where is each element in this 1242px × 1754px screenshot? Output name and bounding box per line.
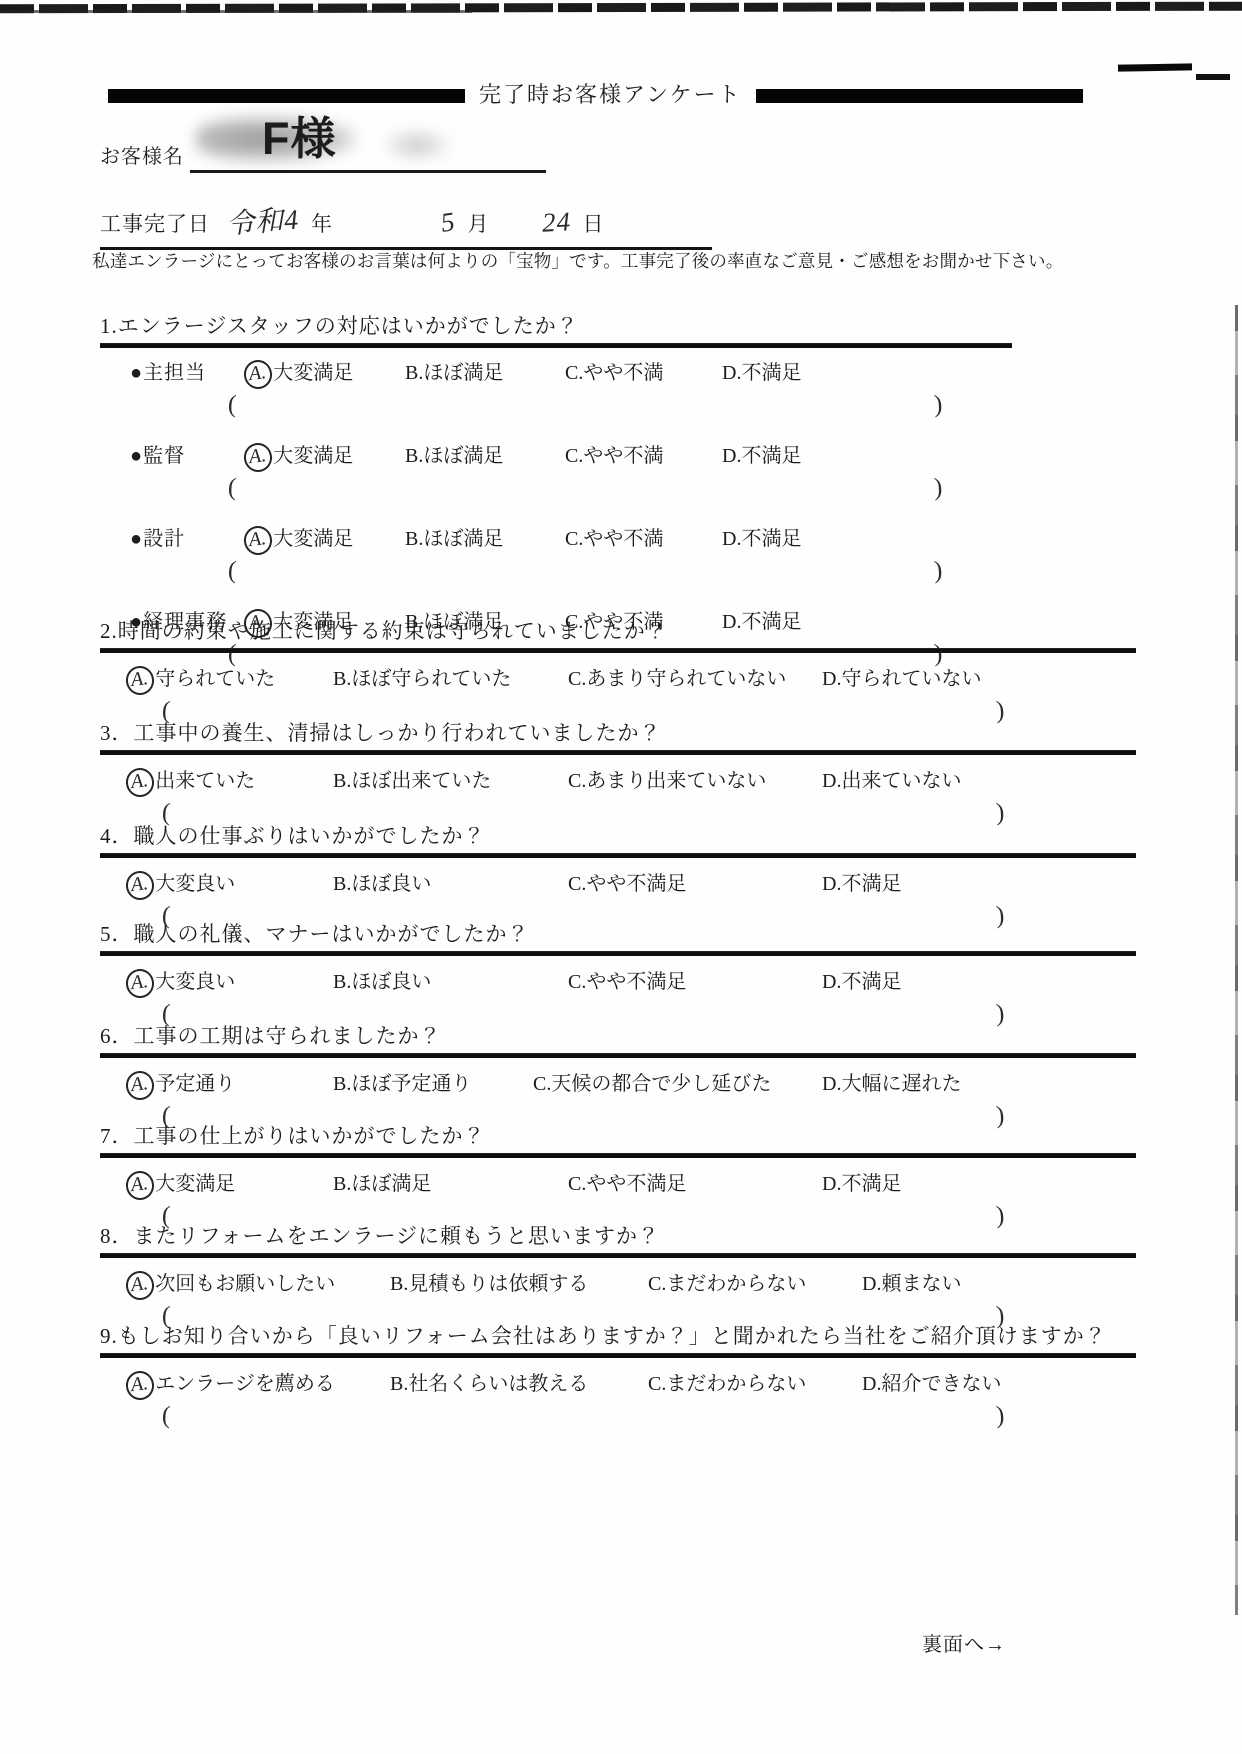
option-letter: C. — [568, 873, 586, 895]
option-letter: C. — [568, 770, 586, 792]
option-text: 予定通り — [155, 1073, 235, 1095]
options-row: A.次回もお願いしたい B.見積もりは依頼する C.まだわからない D.頼まない — [130, 1267, 1160, 1300]
comment-paren-close: ) — [933, 391, 943, 419]
options-row: A.大変良い B.ほぼ良い C.やや不満足 D.不満足 — [130, 965, 1160, 998]
option-d: D.頼まない — [862, 1267, 1160, 1296]
option-b: B.ほぼ満足 — [333, 1167, 568, 1196]
option-c: C.まだわからない — [648, 1267, 862, 1296]
selected-answer-circle: A. — [124, 1169, 156, 1201]
option-a: A.次回もお願いしたい — [130, 1267, 390, 1300]
option-a: A.大変良い — [130, 867, 333, 900]
option-text: 大変満足 — [273, 528, 353, 550]
option-text: 不満足 — [741, 445, 801, 467]
option-text: やや不満足 — [586, 873, 686, 895]
question-7-title: 7．工事の仕上がりはいかがでしたか？ — [100, 1120, 1136, 1154]
option-b: B.ほぼ予定通り — [333, 1067, 533, 1096]
option-d: D.不満足 — [822, 867, 1160, 896]
options-row: A.予定通り B.ほぼ予定通り C.天候の都合で少し延びた D.大幅に遅れた — [130, 1067, 1160, 1100]
option-text: 不満足 — [841, 971, 901, 993]
customer-name-value: F様 — [262, 102, 337, 167]
question-5-title: 5．職人の礼儀、マナーはいかがでしたか？ — [100, 918, 1136, 952]
options-row: ●設計 A.大変満足 B.ほぼ満足 C.やや不満 D.不満足 — [130, 522, 1160, 555]
option-letter: B. — [333, 873, 351, 895]
comment-line: ( ) — [100, 472, 1160, 510]
month-suffix: 月 — [468, 208, 490, 238]
option-letter: C. — [565, 362, 583, 384]
selected-answer-circle: A. — [124, 1369, 156, 1401]
option-a: A.大変満足 — [130, 1167, 333, 1200]
option-letter: D. — [822, 770, 841, 792]
option-text: やや不満 — [583, 445, 663, 467]
option-text: 次回もお願いしたい — [155, 1273, 335, 1295]
option-d: D.不満足 — [722, 356, 1160, 385]
comment-paren-open: ( — [227, 557, 237, 585]
option-text: 不満足 — [741, 362, 801, 384]
option-letter: D. — [822, 1073, 841, 1095]
option-text: やや不満足 — [586, 1173, 686, 1195]
option-b: B.ほぼ満足 — [405, 439, 565, 468]
option-letter: B. — [405, 528, 423, 550]
option-letter: C. — [648, 1273, 666, 1295]
option-text: やや不満 — [583, 528, 663, 550]
question-1-row-design: ●設計 A.大変満足 B.ほぼ満足 C.やや不満 D.不満足 ( ) — [100, 522, 1160, 593]
option-letter: C. — [565, 528, 583, 550]
option-letter: C. — [568, 1173, 586, 1195]
option-letter: D. — [822, 873, 841, 895]
row-label: ●主担当 — [130, 356, 248, 385]
option-a: A.守られていた — [130, 662, 333, 695]
question-2: 2.時間の約束や施工に関する約束は守られていましたか？ A.守られていた B.ほ… — [100, 615, 1160, 733]
option-text: ほぼ守られていた — [351, 668, 511, 690]
comment-paren-close: ) — [995, 1402, 1005, 1430]
option-b: B.ほぼ満足 — [405, 522, 565, 551]
form-title: 完了時お客様アンケート — [465, 78, 756, 109]
option-a: A.予定通り — [130, 1067, 333, 1100]
option-d: D.不満足 — [722, 439, 1160, 468]
options-row: A.守られていた B.ほぼ守られていた C.あまり守られていない D.守られてい… — [130, 662, 1160, 695]
option-text: 見積もりは依頼する — [408, 1273, 588, 1295]
row-label: ●設計 — [130, 522, 248, 551]
customer-name-underline — [190, 170, 546, 173]
selected-answer-circle: A. — [124, 664, 156, 696]
option-letter: D. — [822, 1173, 841, 1195]
comment-paren-open: ( — [227, 474, 237, 502]
options-row: A.大変満足 B.ほぼ満足 C.やや不満足 D.不満足 — [130, 1167, 1160, 1200]
option-a: A.大変満足 — [248, 522, 405, 555]
option-text: 天候の都合で少し延びた — [551, 1073, 771, 1095]
selected-answer-circle: A. — [124, 967, 156, 999]
comment-line: ( ) — [100, 389, 1160, 427]
option-text: 不満足 — [841, 1173, 901, 1195]
comment-paren-open: ( — [161, 1402, 171, 1430]
back-page-note: 裏面へ→ — [922, 1628, 1006, 1657]
option-c: C.やや不満足 — [568, 867, 822, 896]
option-letter: D. — [722, 528, 741, 550]
year-suffix: 年 — [311, 208, 333, 238]
option-b: B.見積もりは依頼する — [390, 1267, 648, 1296]
options-row: A.エンラージを薦める B.社名くらいは教える C.まだわからない D.紹介でき… — [130, 1367, 1160, 1400]
option-letter: D. — [862, 1273, 881, 1295]
option-letter: C. — [568, 668, 586, 690]
option-a: A.大変満足 — [248, 356, 405, 389]
handwritten-era-year: 令和4 — [225, 198, 301, 243]
option-text: ほぼ予定通り — [351, 1073, 471, 1095]
option-text: やや不満足 — [586, 971, 686, 993]
option-letter: C. — [648, 1373, 666, 1395]
question-4-title: 4．職人の仕事ぶりはいかがでしたか？ — [100, 820, 1136, 854]
option-letter: B. — [390, 1273, 408, 1295]
redacted-name-blur — [382, 128, 452, 162]
option-c: C.天候の都合で少し延びた — [533, 1067, 822, 1096]
option-text: 守られていない — [841, 668, 981, 690]
comment-paren-close: ) — [933, 474, 943, 502]
question-1-title: 1.エンラージスタッフの対応はいかがでしたか？ — [100, 310, 1012, 344]
customer-name-label: お客様名 — [100, 140, 184, 169]
completion-date-label: 工事完了日 — [100, 208, 210, 238]
row-label: ●監督 — [130, 439, 248, 468]
option-d: D.大幅に遅れた — [822, 1067, 1160, 1096]
scan-artifact-mark — [1196, 74, 1230, 80]
scan-artifact-mark — [1118, 63, 1192, 71]
option-b: B.社名くらいは教える — [390, 1367, 648, 1396]
question-6-title: 6．工事の工期は守られましたか？ — [100, 1020, 1136, 1054]
handwritten-day: 24 — [541, 206, 572, 238]
option-c: C.やや不満 — [565, 356, 722, 385]
option-b: B.ほぼ良い — [333, 965, 568, 994]
option-text: 大変満足 — [273, 445, 353, 467]
option-text: ほぼ満足 — [351, 1173, 431, 1195]
option-text: ほぼ満足 — [423, 362, 503, 384]
option-d: D.不満足 — [822, 1167, 1160, 1196]
option-text: 社名くらいは教える — [408, 1373, 588, 1395]
option-text: 大幅に遅れた — [841, 1073, 961, 1095]
option-text: ほぼ良い — [351, 873, 431, 895]
option-letter: D. — [822, 971, 841, 993]
header-black-bar-right — [756, 89, 1083, 103]
option-letter: C. — [568, 971, 586, 993]
option-text: ほぼ良い — [351, 971, 431, 993]
selected-answer-circle: A. — [124, 1069, 156, 1101]
option-d: D.不満足 — [722, 522, 1160, 551]
option-a: A.エンラージを薦める — [130, 1367, 390, 1400]
comment-line: ( ) — [100, 555, 1160, 593]
handwritten-month: 5 — [439, 206, 458, 239]
option-b: B.ほぼ満足 — [405, 356, 565, 385]
scanned-survey-page: 完了時お客様アンケート お客様名 F様 工事完了日 令和4 年 5 月 24 日… — [0, 0, 1242, 1754]
option-letter: C. — [533, 1073, 551, 1095]
selected-answer-circle: A. — [124, 869, 156, 901]
options-row: A.出来ていた B.ほぼ出来ていた C.あまり出来ていない D.出来ていない — [130, 764, 1160, 797]
option-letter: B. — [405, 445, 423, 467]
option-letter: C. — [565, 445, 583, 467]
option-a: A.大変良い — [130, 965, 333, 998]
option-b: B.ほぼ出来ていた — [333, 764, 568, 793]
selected-answer-circle: A. — [242, 441, 274, 473]
option-letter: D. — [822, 668, 841, 690]
option-text: 頼まない — [881, 1273, 961, 1295]
selected-answer-circle: A. — [242, 358, 274, 390]
option-letter: D. — [722, 362, 741, 384]
option-c: C.あまり出来ていない — [568, 764, 822, 793]
option-c: C.やや不満 — [565, 439, 722, 468]
option-letter: D. — [862, 1373, 881, 1395]
option-text: あまり出来ていない — [586, 770, 766, 792]
option-letter: B. — [333, 1073, 351, 1095]
option-text: 大変良い — [155, 873, 235, 895]
header-black-bar-left — [108, 89, 465, 103]
option-d: D.出来ていない — [822, 764, 1160, 793]
comment-paren-close: ) — [933, 557, 943, 585]
question-8-title: 8．またリフォームをエンラージに頼もうと思いますか？ — [100, 1220, 1136, 1254]
option-text: 不満足 — [741, 528, 801, 550]
question-5: 5．職人の礼儀、マナーはいかがでしたか？ A.大変良い B.ほぼ良い C.やや不… — [100, 918, 1160, 1036]
option-letter: B. — [333, 971, 351, 993]
question-1-row-main-staff: ●主担当 A.大変満足 B.ほぼ満足 C.やや不満 D.不満足 ( ) — [100, 356, 1160, 427]
question-1-row-supervisor: ●監督 A.大変満足 B.ほぼ満足 C.やや不満 D.不満足 ( ) — [100, 439, 1160, 510]
option-text: ほぼ満足 — [423, 528, 503, 550]
option-text: あまり守られていない — [586, 668, 786, 690]
option-letter: B. — [333, 770, 351, 792]
question-2-title: 2.時間の約束や施工に関する約束は守られていましたか？ — [100, 615, 1136, 649]
option-letter: B. — [405, 362, 423, 384]
option-letter: B. — [333, 1173, 351, 1195]
option-letter: B. — [333, 668, 351, 690]
option-text: 大変満足 — [273, 362, 353, 384]
question-9-title: 9.もしお知り合いから「良いリフォーム会社はありますか？」と聞かれたら当社をご紹… — [100, 1320, 1136, 1354]
option-text: まだわからない — [666, 1273, 806, 1295]
option-a: A.大変満足 — [248, 439, 405, 472]
comment-line: ( ) — [100, 1400, 1160, 1438]
option-c: C.やや不満足 — [568, 1167, 822, 1196]
option-text: ほぼ満足 — [423, 445, 503, 467]
option-d: D.紹介できない — [862, 1367, 1160, 1396]
option-text: やや不満 — [583, 362, 663, 384]
selected-answer-circle: A. — [124, 766, 156, 798]
option-text: 紹介できない — [881, 1373, 1001, 1395]
day-suffix: 日 — [583, 208, 605, 238]
comment-paren-open: ( — [227, 391, 237, 419]
option-text: 出来ていない — [841, 770, 961, 792]
option-letter: B. — [390, 1373, 408, 1395]
option-b: B.ほぼ守られていた — [333, 662, 568, 691]
option-text: 守られていた — [155, 668, 275, 690]
option-c: C.やや不満 — [565, 522, 722, 551]
selected-answer-circle: A. — [242, 524, 274, 556]
question-3: 3．工事中の養生、清掃はしっかり行われていましたか？ A.出来ていた B.ほぼ出… — [100, 717, 1160, 835]
option-letter: D. — [722, 445, 741, 467]
option-text: 大変良い — [155, 971, 235, 993]
option-text: ほぼ出来ていた — [351, 770, 491, 792]
option-text: 大変満足 — [155, 1173, 235, 1195]
question-9: 9.もしお知り合いから「良いリフォーム会社はありますか？」と聞かれたら当社をご紹… — [100, 1320, 1160, 1438]
option-b: B.ほぼ良い — [333, 867, 568, 896]
completion-date-row: 工事完了日 令和4 年 5 月 24 日 — [100, 200, 712, 250]
option-d: D.守られていない — [822, 662, 1160, 691]
option-text: まだわからない — [666, 1373, 806, 1395]
option-text: 出来ていた — [155, 770, 255, 792]
option-a: A.出来ていた — [130, 764, 333, 797]
intro-text: 私達エンラージにとってお客様のお言葉は何よりの「宝物」です。工事完了後の率直なご… — [92, 248, 1162, 273]
option-c: C.まだわからない — [648, 1367, 862, 1396]
options-row: ●主担当 A.大変満足 B.ほぼ満足 C.やや不満 D.不満足 — [130, 356, 1160, 389]
scan-artifact-right-edge — [1235, 305, 1238, 1615]
option-text: 不満足 — [841, 873, 901, 895]
option-c: C.あまり守られていない — [568, 662, 822, 691]
option-d: D.不満足 — [822, 965, 1160, 994]
options-row: A.大変良い B.ほぼ良い C.やや不満足 D.不満足 — [130, 867, 1160, 900]
options-row: ●監督 A.大変満足 B.ほぼ満足 C.やや不満 D.不満足 — [130, 439, 1160, 472]
selected-answer-circle: A. — [124, 1269, 156, 1301]
option-text: エンラージを薦める — [155, 1373, 335, 1395]
scan-artifact-top-secondary — [0, 10, 472, 13]
question-3-title: 3．工事中の養生、清掃はしっかり行われていましたか？ — [100, 717, 1136, 751]
option-c: C.やや不満足 — [568, 965, 822, 994]
